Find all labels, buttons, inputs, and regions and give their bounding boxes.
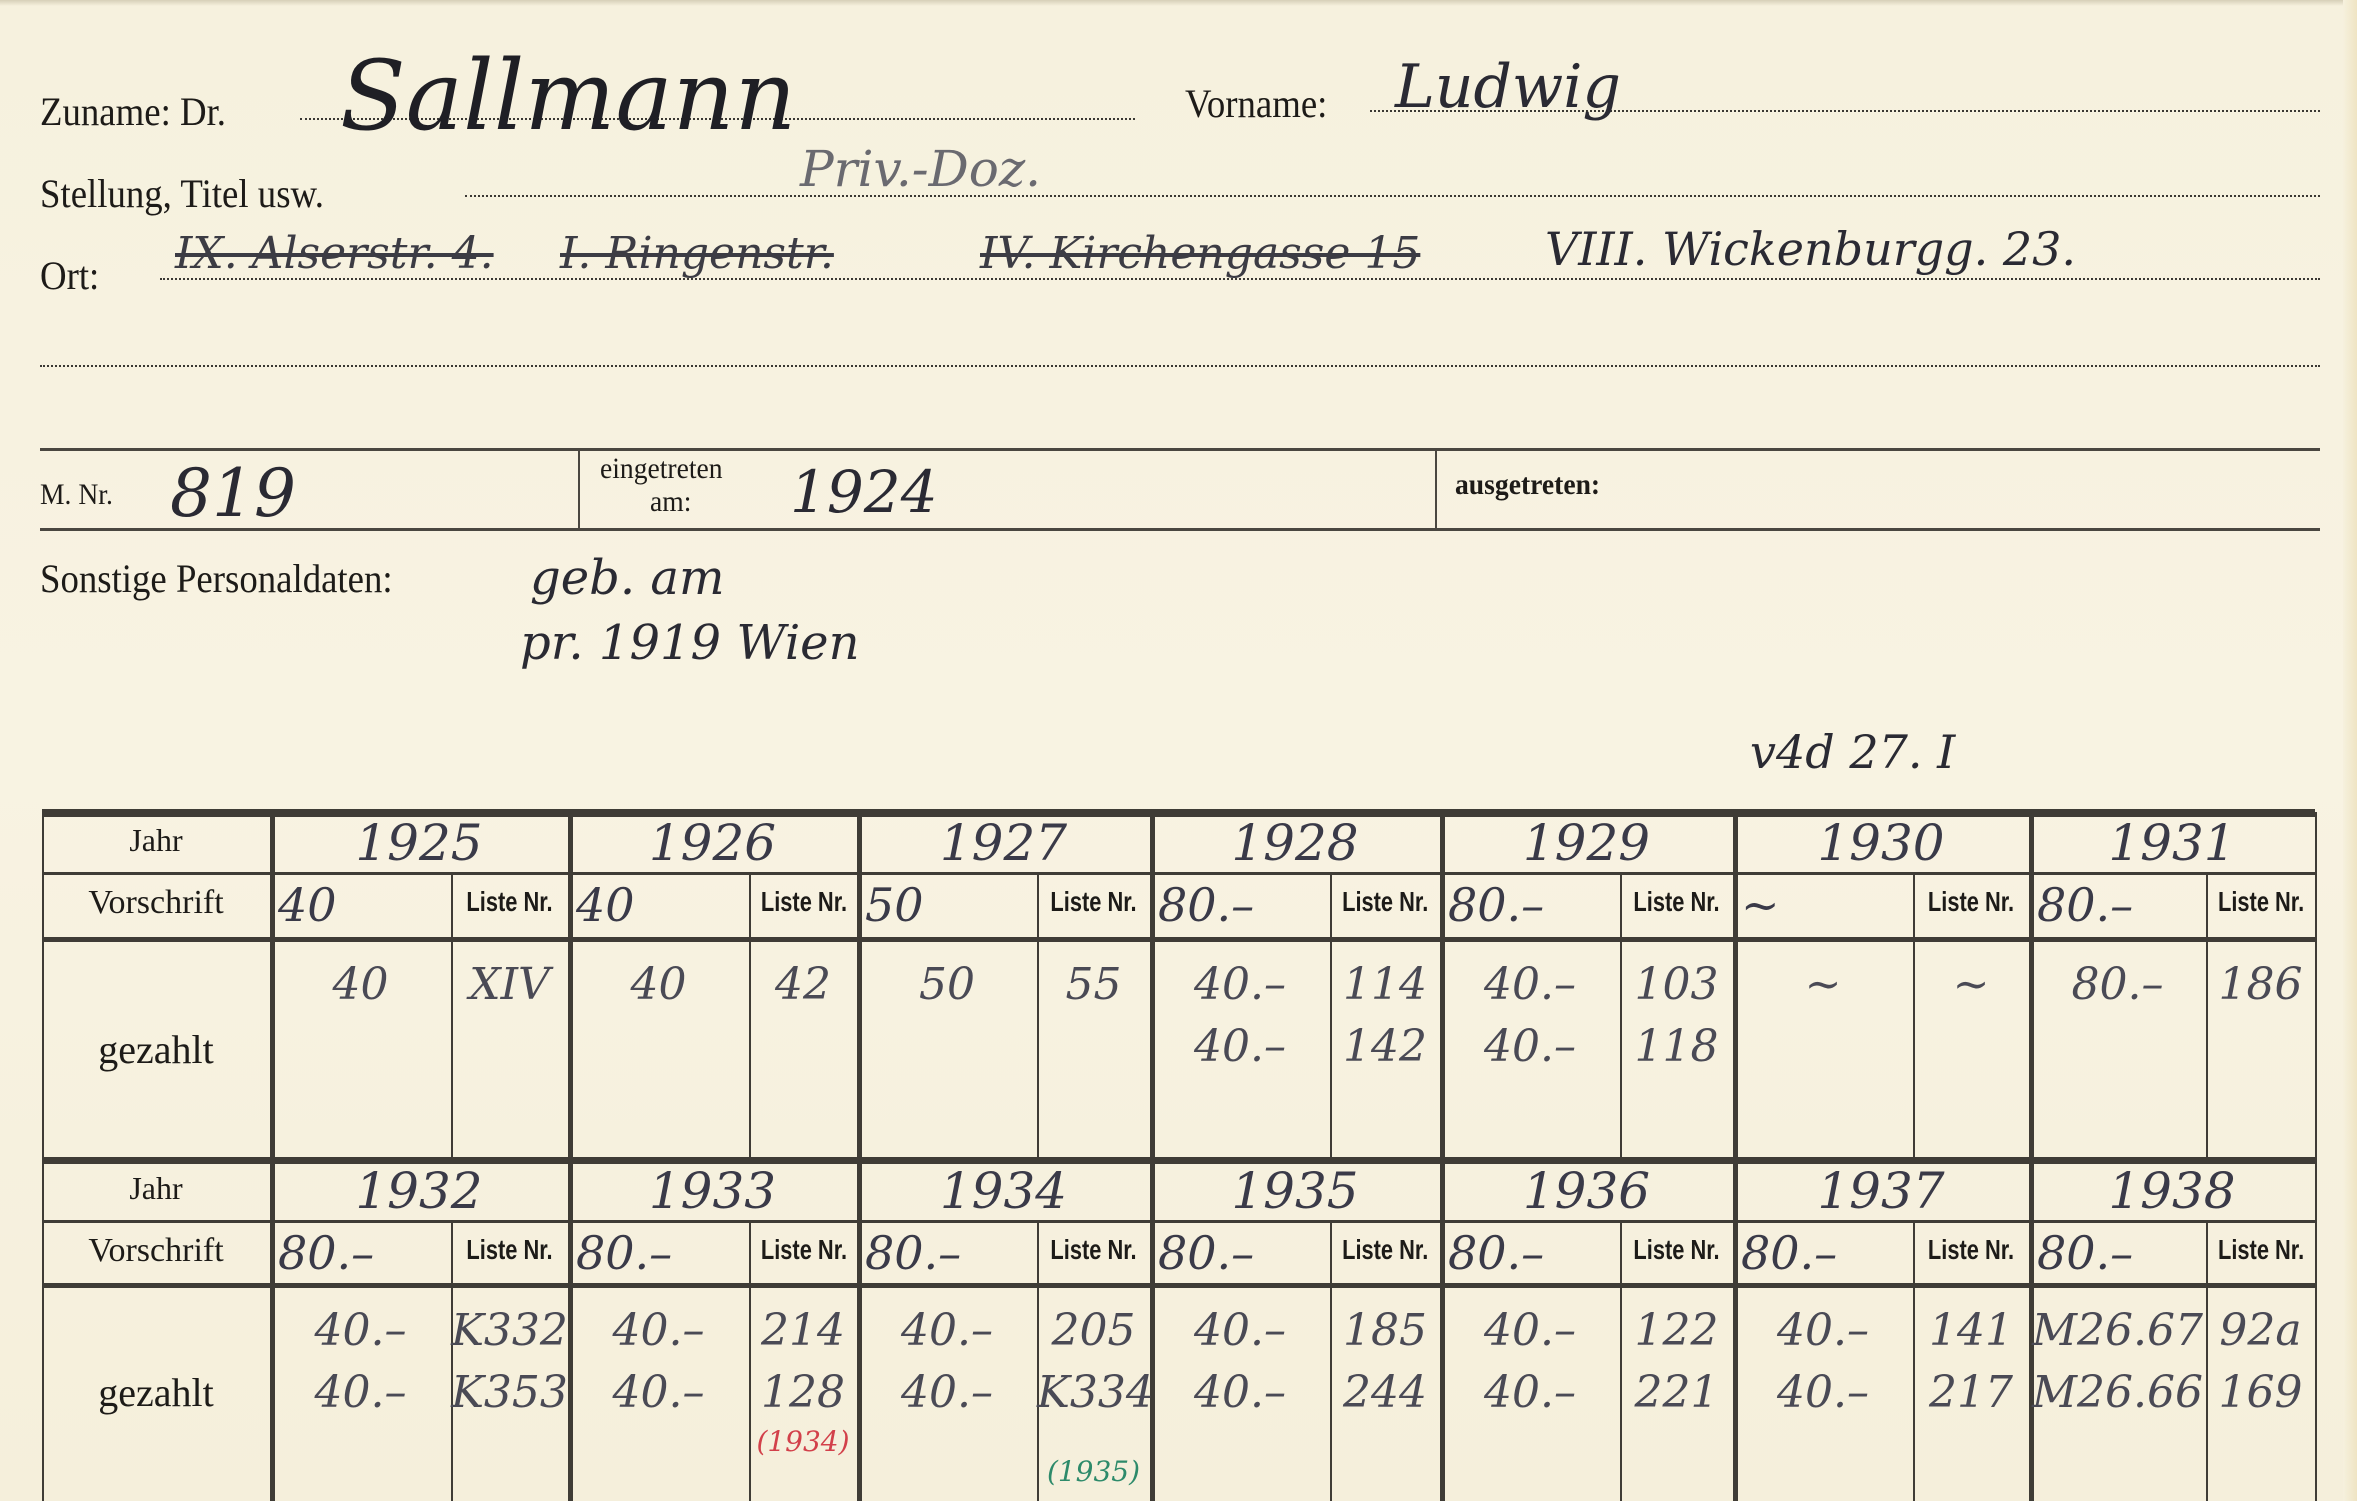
vorschrift-value: 80.– bbox=[1158, 1226, 1322, 1280]
liste-value: 205 bbox=[1037, 1305, 1150, 1356]
block-1-col-divider bbox=[2315, 812, 2317, 1160]
jahr-value: 1937 bbox=[1733, 1162, 2029, 1220]
block-2-col-divider bbox=[2315, 1160, 2317, 1501]
block-2-subcol-divider bbox=[1913, 1220, 1915, 1501]
liste-value: K353 bbox=[451, 1367, 568, 1418]
jahr-label: Jahr bbox=[42, 822, 270, 859]
liste-nr-label: Liste Nr. bbox=[1342, 886, 1428, 918]
gezahlt-value: 40.– bbox=[1440, 1305, 1620, 1356]
block-1-subcol-divider bbox=[1037, 872, 1039, 1160]
liste-nr-label: Liste Nr. bbox=[2218, 886, 2303, 918]
jahr-value: 1925 bbox=[270, 814, 568, 872]
gezahlt-value: 40.– bbox=[1440, 1367, 1620, 1418]
block-1-subcol-divider bbox=[749, 872, 751, 1160]
gezahlt-value: 40.– bbox=[857, 1305, 1037, 1356]
jahr-value: 1938 bbox=[2029, 1162, 2315, 1220]
gezahlt-value: 50 bbox=[857, 959, 1037, 1010]
liste-note: (1935) bbox=[1037, 1455, 1150, 1488]
jahr-value: 1935 bbox=[1150, 1162, 1440, 1220]
liste-nr-label: Liste Nr. bbox=[1632, 886, 1720, 918]
gezahlt-value: 80.– bbox=[2029, 959, 2206, 1010]
block-2-jahr-rule bbox=[42, 1220, 2315, 1223]
liste-nr-label: Liste Nr. bbox=[1049, 886, 1137, 918]
gezahlt-value: ~ bbox=[1733, 959, 1913, 1010]
gezahlt-label: gezahlt bbox=[42, 1369, 270, 1416]
vorschrift-value: 40 bbox=[576, 878, 741, 932]
gezahlt-value: 40.– bbox=[857, 1367, 1037, 1418]
jahr-value: 1934 bbox=[857, 1162, 1150, 1220]
gezahlt-value: 40.– bbox=[1440, 959, 1620, 1010]
jahr-value: 1933 bbox=[568, 1162, 857, 1220]
jahr-value: 1927 bbox=[857, 814, 1150, 872]
vorschrift-value: 80.– bbox=[1448, 878, 1612, 932]
liste-nr-label: Liste Nr. bbox=[2218, 1234, 2303, 1266]
block-1-subcol-divider bbox=[1913, 872, 1915, 1160]
jahr-value: 1928 bbox=[1150, 814, 1440, 872]
gezahlt-value: 40.– bbox=[1150, 1021, 1330, 1072]
block-2-left-border bbox=[42, 1160, 44, 1501]
vorschrift-value: 80.– bbox=[1448, 1226, 1612, 1280]
block-1-vorschrift-rule bbox=[42, 937, 2315, 942]
gezahlt-value: 40.– bbox=[1150, 1367, 1330, 1418]
membership-card: Zuname: Dr. Sallmann Vorname: Ludwig Ste… bbox=[0, 0, 2357, 1501]
vorschrift-value: 50 bbox=[865, 878, 1029, 932]
block-1-subcol-divider bbox=[2206, 872, 2208, 1160]
liste-value: K334 bbox=[1037, 1367, 1150, 1418]
liste-value: 244 bbox=[1330, 1367, 1440, 1418]
vorschrift-value: 80.– bbox=[1158, 878, 1322, 932]
liste-value: 186 bbox=[2206, 959, 2315, 1010]
liste-value: 141 bbox=[1913, 1305, 2029, 1356]
vorschrift-value: 80.– bbox=[1741, 1226, 1905, 1280]
gezahlt-value: 40.– bbox=[568, 1367, 749, 1418]
jahr-value: 1931 bbox=[2029, 814, 2315, 872]
gezahlt-value: 40.– bbox=[270, 1305, 451, 1356]
gezahlt-value: 40.– bbox=[1733, 1305, 1913, 1356]
block-2-subcol-divider bbox=[1620, 1220, 1622, 1501]
liste-nr-label: Liste Nr. bbox=[761, 886, 845, 918]
vorschrift-value: 80.– bbox=[278, 1226, 443, 1280]
liste-value: 217 bbox=[1913, 1367, 2029, 1418]
liste-value: 122 bbox=[1620, 1305, 1733, 1356]
block-2-vorschrift-rule bbox=[42, 1283, 2315, 1288]
liste-value: 103 bbox=[1620, 959, 1733, 1010]
block-1-subcol-divider bbox=[1620, 872, 1622, 1160]
gezahlt-value: M26.67 bbox=[2029, 1305, 2206, 1356]
jahr-value: 1929 bbox=[1440, 814, 1733, 872]
liste-value: ~ bbox=[1913, 959, 2029, 1010]
liste-nr-label: Liste Nr. bbox=[1049, 1234, 1137, 1266]
vorschrift-value: ~ bbox=[1741, 878, 1905, 932]
jahr-label: Jahr bbox=[42, 1170, 270, 1207]
liste-nr-label: Liste Nr. bbox=[464, 1234, 555, 1266]
liste-value: 221 bbox=[1620, 1367, 1733, 1418]
jahr-value: 1936 bbox=[1440, 1162, 1733, 1220]
liste-value: 118 bbox=[1620, 1021, 1733, 1072]
gezahlt-value: 40 bbox=[568, 959, 749, 1010]
block-1-subcol-divider bbox=[1330, 872, 1332, 1160]
liste-value: 42 bbox=[749, 959, 857, 1010]
block-2-subcol-divider bbox=[749, 1220, 751, 1501]
gezahlt-value: 40.– bbox=[1440, 1021, 1620, 1072]
block-1-left-border bbox=[42, 812, 44, 1160]
liste-nr-label: Liste Nr. bbox=[1342, 1234, 1428, 1266]
liste-value: 128 bbox=[749, 1367, 857, 1418]
jahr-value: 1930 bbox=[1733, 814, 2029, 872]
gezahlt-value: 40.– bbox=[1150, 1305, 1330, 1356]
vorschrift-label: Vorschrift bbox=[42, 884, 270, 922]
block-2-subcol-divider bbox=[451, 1220, 453, 1501]
jahr-value: 1932 bbox=[270, 1162, 568, 1220]
liste-nr-label: Liste Nr. bbox=[1632, 1234, 1720, 1266]
block-2-subcol-divider bbox=[2206, 1220, 2208, 1501]
block-2-subcol-divider bbox=[1330, 1220, 1332, 1501]
liste-value: XIV bbox=[451, 959, 568, 1010]
vorschrift-value: 80.– bbox=[2037, 878, 2198, 932]
jahr-value: 1926 bbox=[568, 814, 857, 872]
gezahlt-value: 40 bbox=[270, 959, 451, 1010]
liste-value: 142 bbox=[1330, 1021, 1440, 1072]
liste-value: K332 bbox=[451, 1305, 568, 1356]
liste-value: 214 bbox=[749, 1305, 857, 1356]
vorschrift-value: 40 bbox=[278, 878, 443, 932]
gezahlt-value: 40.– bbox=[568, 1305, 749, 1356]
gezahlt-value: 40.– bbox=[1150, 959, 1330, 1010]
liste-nr-label: Liste Nr. bbox=[1926, 886, 2016, 918]
block-1-jahr-rule bbox=[42, 872, 2315, 875]
gezahlt-label: gezahlt bbox=[42, 1026, 270, 1073]
vorschrift-value: 80.– bbox=[576, 1226, 741, 1280]
gezahlt-value: M26.66 bbox=[2029, 1367, 2206, 1418]
liste-note: (1934) bbox=[749, 1425, 857, 1458]
liste-value: 185 bbox=[1330, 1305, 1440, 1356]
liste-nr-label: Liste Nr. bbox=[1926, 1234, 2016, 1266]
liste-value: 92a bbox=[2206, 1305, 2315, 1356]
liste-nr-label: Liste Nr. bbox=[464, 886, 555, 918]
block-1-subcol-divider bbox=[451, 872, 453, 1160]
vorschrift-value: 80.– bbox=[2037, 1226, 2198, 1280]
liste-nr-label: Liste Nr. bbox=[761, 1234, 845, 1266]
gezahlt-value: 40.– bbox=[270, 1367, 451, 1418]
liste-value: 114 bbox=[1330, 959, 1440, 1010]
liste-value: 169 bbox=[2206, 1367, 2315, 1418]
liste-value: 55 bbox=[1037, 959, 1150, 1010]
dues-table: JahrVorschriftgezahlt192540Liste Nr.40XI… bbox=[0, 0, 2357, 1501]
vorschrift-label: Vorschrift bbox=[42, 1232, 270, 1270]
vorschrift-value: 80.– bbox=[865, 1226, 1029, 1280]
gezahlt-value: 40.– bbox=[1733, 1367, 1913, 1418]
